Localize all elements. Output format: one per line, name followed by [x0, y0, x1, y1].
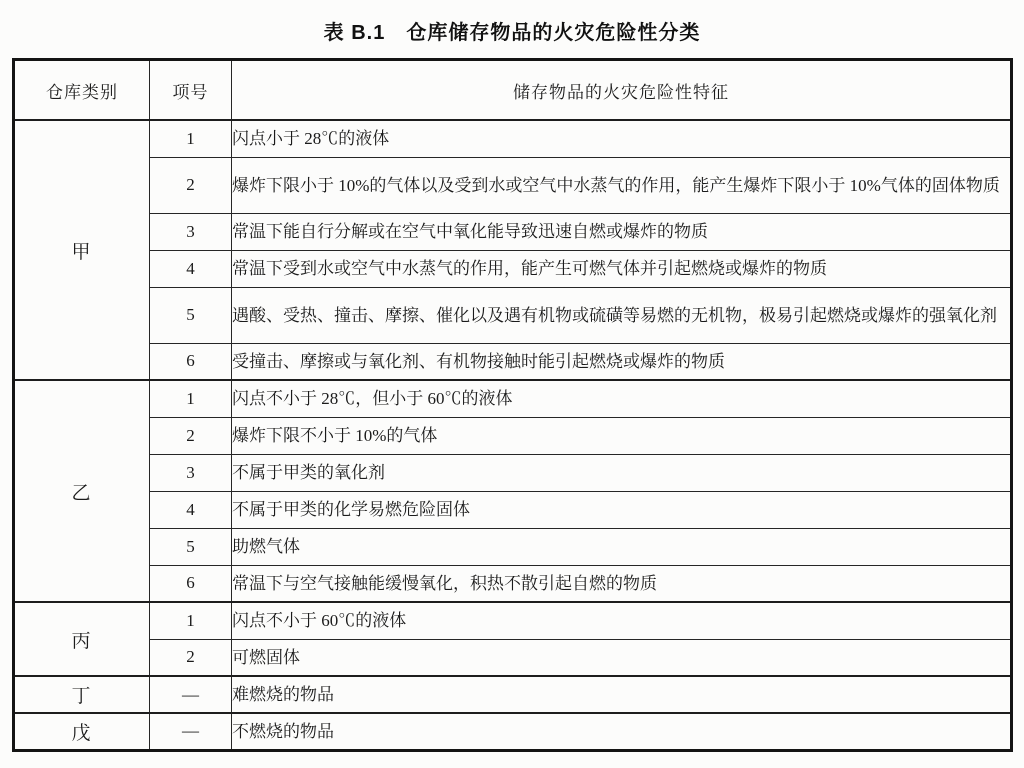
item-no-cell: 1	[150, 380, 232, 417]
table-row: 乙 1 闪点不小于 28℃，但小于 60℃的液体	[14, 380, 1012, 417]
desc-cell: 闪点小于 28℃的液体	[232, 120, 1012, 157]
item-no-cell: 3	[150, 454, 232, 491]
table-title: 表 B.1 仓库储存物品的火灾危险性分类	[0, 16, 1024, 45]
header-item-number: 项号	[150, 60, 232, 121]
table-row: 5 遇酸、受热、撞击、摩擦、催化以及遇有机物或硫磺等易燃的无机物，极易引起燃烧或…	[14, 287, 1012, 343]
category-cell-yi: 乙	[14, 380, 150, 602]
category-cell-jia: 甲	[14, 120, 150, 380]
item-no-cell: 1	[150, 602, 232, 639]
desc-cell: 常温下与空气接触能缓慢氧化，积热不散引起自燃的物质	[232, 565, 1012, 602]
category-cell-wu: 戊	[14, 713, 150, 750]
table-row: 戊 — 不燃烧的物品	[14, 713, 1012, 750]
fire-hazard-classification-table: 仓库类别 项号 储存物品的火灾危险性特征 甲 1 闪点小于 28℃的液体 2 爆…	[12, 58, 1013, 752]
item-no-cell: 2	[150, 639, 232, 676]
desc-cell: 常温下受到水或空气中水蒸气的作用，能产生可燃气体并引起燃烧或爆炸的物质	[232, 250, 1012, 287]
item-no-cell: —	[150, 676, 232, 713]
item-no-cell: 5	[150, 528, 232, 565]
table-row: 6 受撞击、摩擦或与氧化剂、有机物接触时能引起燃烧或爆炸的物质	[14, 343, 1012, 380]
desc-cell: 受撞击、摩擦或与氧化剂、有机物接触时能引起燃烧或爆炸的物质	[232, 343, 1012, 380]
document-page: 表 B.1 仓库储存物品的火灾危险性分类 仓库类别 项号 储存物品的火灾危险性特…	[0, 0, 1024, 768]
table-row: 丙 1 闪点不小于 60℃的液体	[14, 602, 1012, 639]
desc-cell: 闪点不小于 60℃的液体	[232, 602, 1012, 639]
item-no-cell: —	[150, 713, 232, 750]
item-no-cell: 4	[150, 491, 232, 528]
table-row: 4 常温下受到水或空气中水蒸气的作用，能产生可燃气体并引起燃烧或爆炸的物质	[14, 250, 1012, 287]
item-no-cell: 5	[150, 287, 232, 343]
item-no-cell: 2	[150, 417, 232, 454]
desc-cell: 遇酸、受热、撞击、摩擦、催化以及遇有机物或硫磺等易燃的无机物，极易引起燃烧或爆炸…	[232, 287, 1012, 343]
item-no-cell: 3	[150, 213, 232, 250]
item-no-cell: 2	[150, 157, 232, 213]
desc-cell: 不属于甲类的氧化剂	[232, 454, 1012, 491]
item-no-cell: 6	[150, 565, 232, 602]
item-no-cell: 1	[150, 120, 232, 157]
desc-cell: 难燃烧的物品	[232, 676, 1012, 713]
item-no-cell: 4	[150, 250, 232, 287]
table-row: 丁 — 难燃烧的物品	[14, 676, 1012, 713]
table-row: 3 常温下能自行分解或在空气中氧化能导致迅速自燃或爆炸的物质	[14, 213, 1012, 250]
desc-cell: 不属于甲类的化学易燃危险固体	[232, 491, 1012, 528]
table-row: 3 不属于甲类的氧化剂	[14, 454, 1012, 491]
desc-cell: 常温下能自行分解或在空气中氧化能导致迅速自燃或爆炸的物质	[232, 213, 1012, 250]
header-warehouse-category: 仓库类别	[14, 60, 150, 121]
desc-cell: 爆炸下限不小于 10%的气体	[232, 417, 1012, 454]
desc-cell: 可燃固体	[232, 639, 1012, 676]
table-row: 6 常温下与空气接触能缓慢氧化，积热不散引起自燃的物质	[14, 565, 1012, 602]
table-row: 2 爆炸下限小于 10%的气体以及受到水或空气中水蒸气的作用，能产生爆炸下限小于…	[14, 157, 1012, 213]
table-row: 甲 1 闪点小于 28℃的液体	[14, 120, 1012, 157]
desc-cell: 助燃气体	[232, 528, 1012, 565]
desc-cell: 爆炸下限小于 10%的气体以及受到水或空气中水蒸气的作用，能产生爆炸下限小于 1…	[232, 157, 1012, 213]
item-no-cell: 6	[150, 343, 232, 380]
table-row: 2 可燃固体	[14, 639, 1012, 676]
desc-cell: 不燃烧的物品	[232, 713, 1012, 750]
desc-cell: 闪点不小于 28℃，但小于 60℃的液体	[232, 380, 1012, 417]
table-row: 5 助燃气体	[14, 528, 1012, 565]
table-row: 4 不属于甲类的化学易燃危险固体	[14, 491, 1012, 528]
table-row: 2 爆炸下限不小于 10%的气体	[14, 417, 1012, 454]
category-cell-bing: 丙	[14, 602, 150, 676]
header-hazard-characteristics: 储存物品的火灾危险性特征	[232, 60, 1012, 121]
category-cell-ding: 丁	[14, 676, 150, 713]
